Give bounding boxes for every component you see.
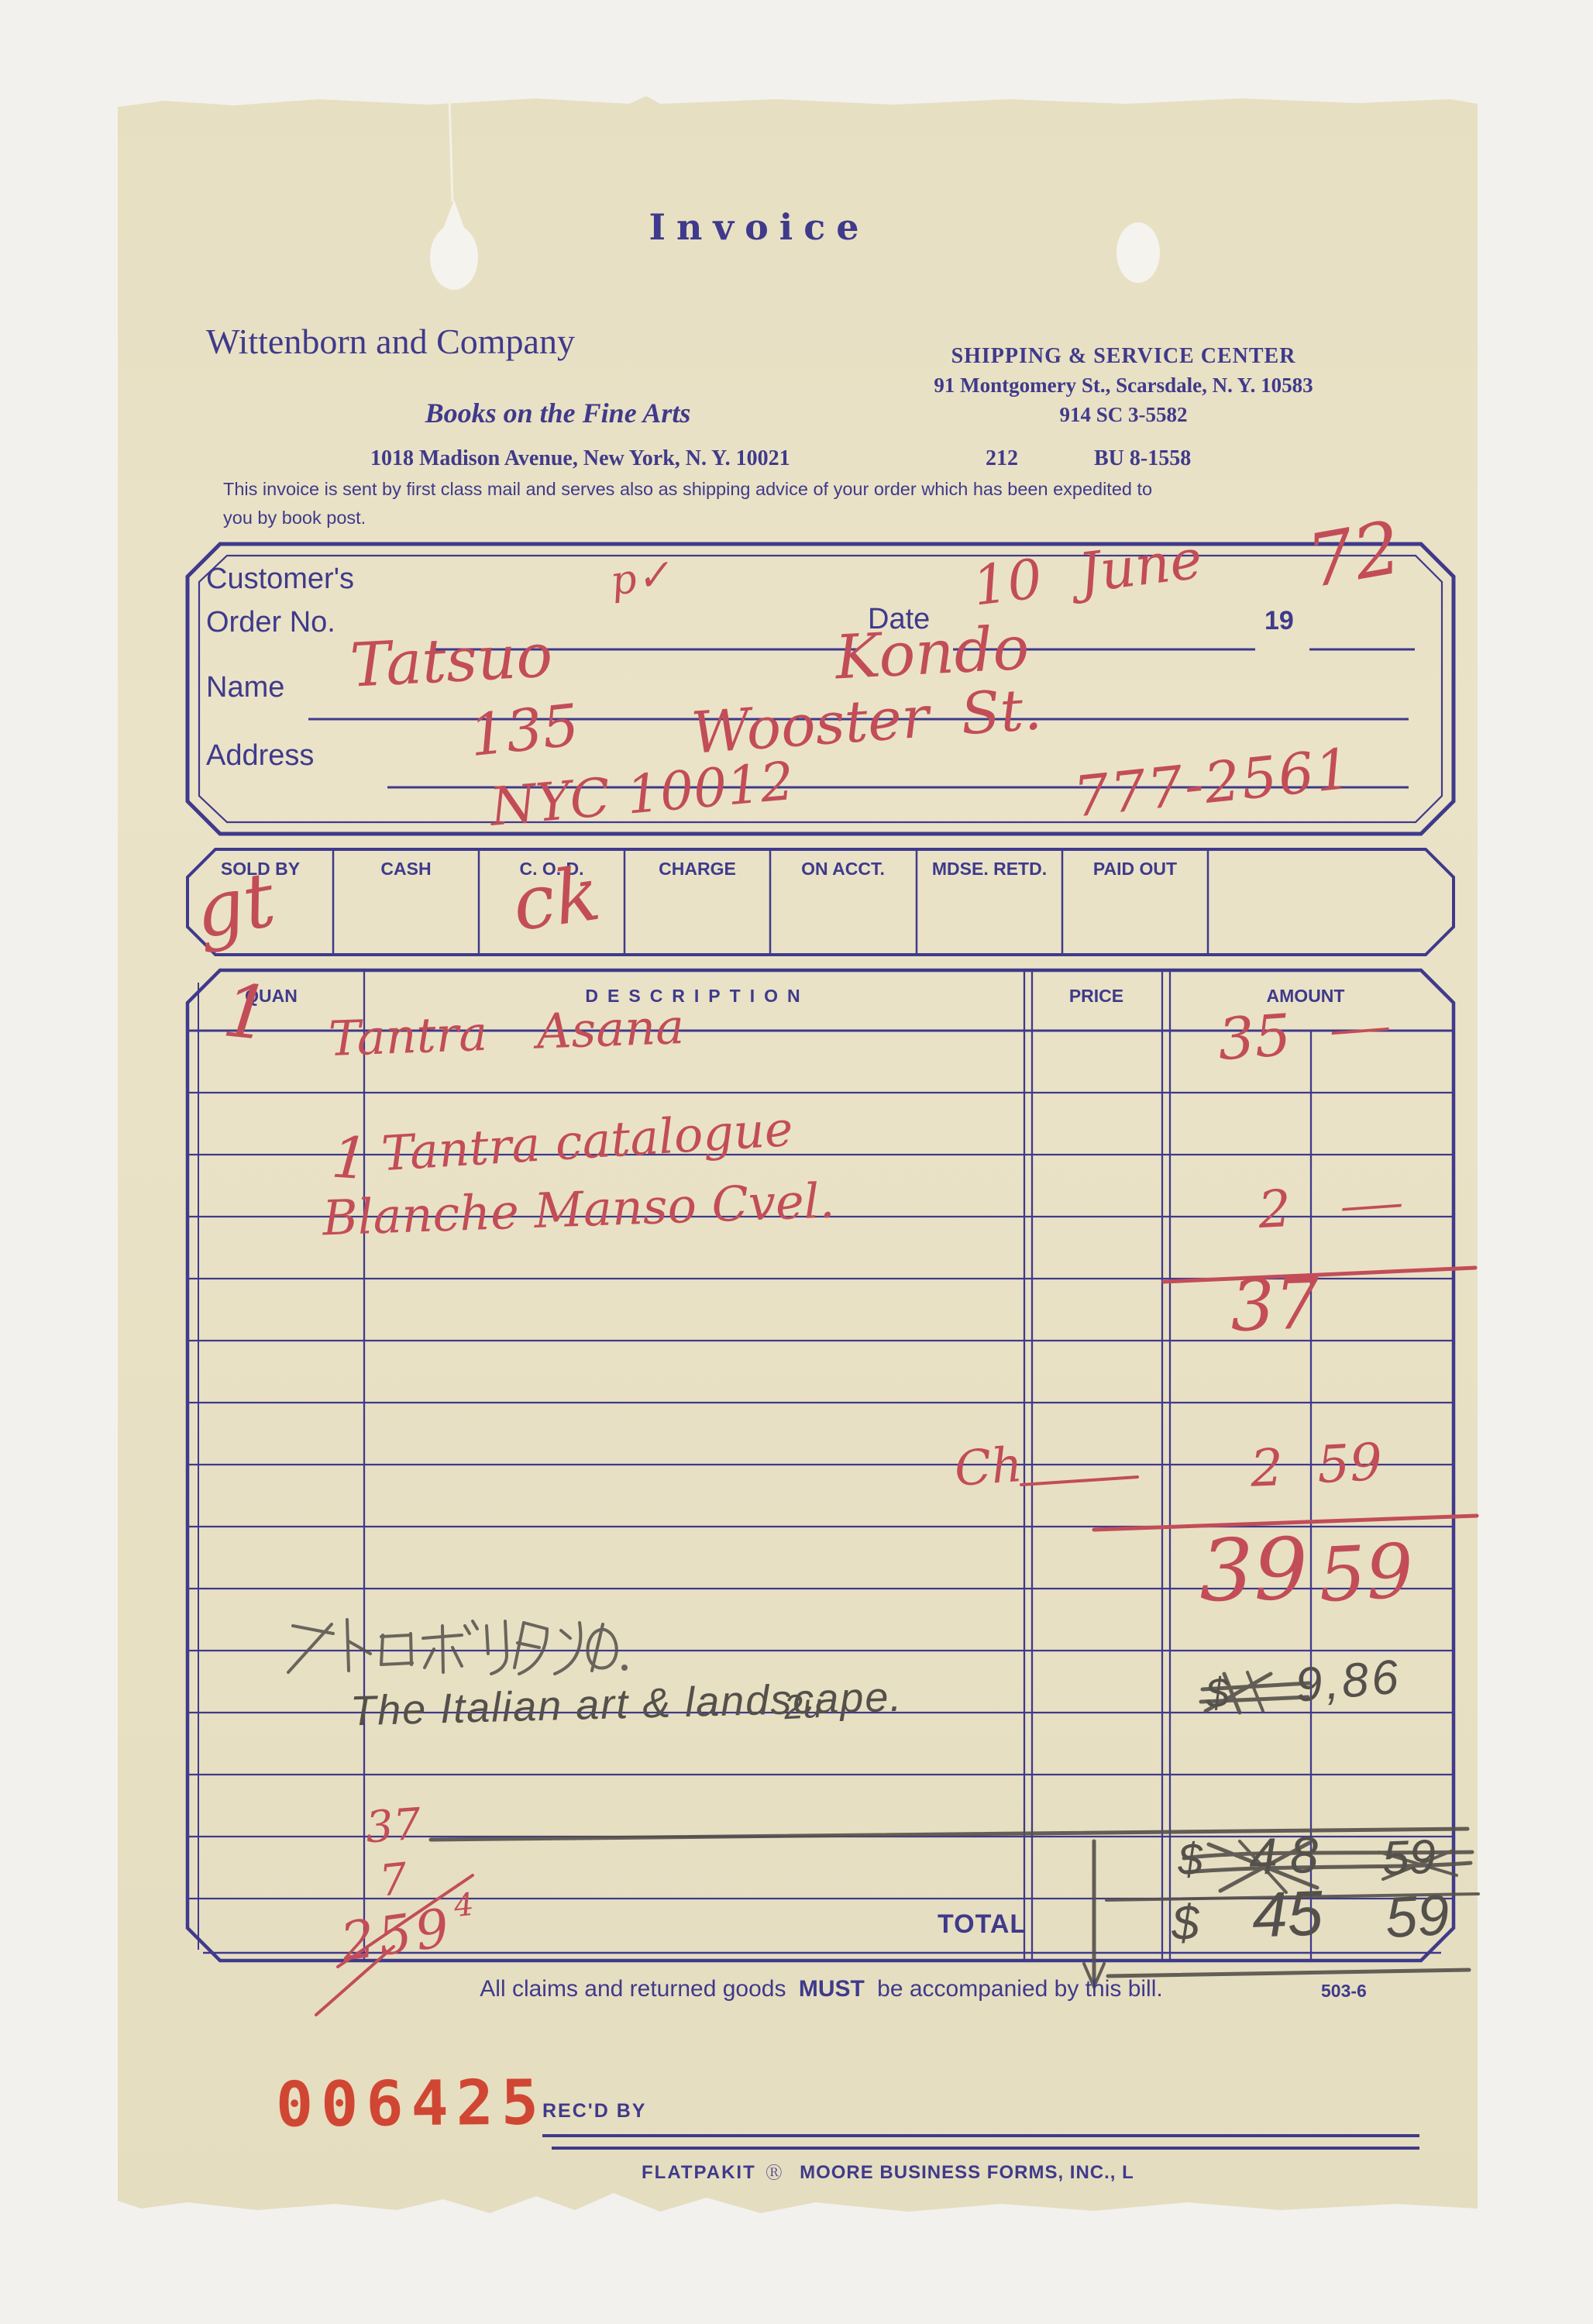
name-label: Name	[206, 671, 284, 704]
order-no-value: p✓	[607, 551, 673, 605]
claims-line: All claims and returned goods MUST be ac…	[325, 1976, 1317, 2002]
claims-text-post: be accompanied by this bill.	[877, 1976, 1163, 2002]
charge-amount: 2	[1250, 1437, 1285, 1498]
item2-cents-dash: —	[1335, 1177, 1408, 1231]
manufacturer-brand: FLATPAKIT	[642, 2162, 756, 2183]
year-value: 72	[1301, 505, 1407, 604]
form-number: 503-6	[1321, 1981, 1367, 2002]
crossed-total-cents: 59	[1381, 1830, 1436, 1886]
charge-mark: Ch	[953, 1436, 1024, 1497]
company-tagline: Books on the Fine Arts	[341, 397, 775, 429]
item2-amount: 2	[1257, 1179, 1292, 1240]
pencil-amount: 9,86	[1293, 1649, 1403, 1713]
pencil-dollar-sign: $	[1204, 1668, 1230, 1718]
manufacturer-line: FLATPAKIT Ⓡ MOORE BUSINESS FORMS, INC., …	[642, 2160, 1134, 2184]
payment-col-paid-out: PAID OUT	[1065, 859, 1205, 880]
charge-cents: 59	[1316, 1432, 1384, 1495]
final-total-sign: $	[1171, 1893, 1200, 1951]
pencil-note-suffix: 2u	[783, 1687, 824, 1727]
payment-col-mdse-retd: MDSE. RETD.	[920, 859, 1059, 880]
payment-col-cash: CASH	[336, 859, 476, 880]
item1-qty: 1	[218, 968, 274, 1058]
header-price: PRICE	[1038, 986, 1154, 1007]
running-total-dollars: 39	[1199, 1520, 1309, 1620]
subtotal-value: 37	[1229, 1263, 1320, 1348]
company-area-code: 212	[986, 446, 1018, 471]
scanned-invoice-page: Invoice Wittenborn and Company SHIPPING …	[0, 0, 1593, 2324]
total-label: TOTAL	[938, 1909, 1027, 1940]
shipping-center-line1: SHIPPING & SERVICE CENTER	[837, 344, 1410, 369]
pencil-note-japanese: メトロポリタンの.	[287, 1624, 643, 1684]
payment-col-charge: CHARGE	[628, 859, 767, 880]
shipping-center-line3: 914 SC 3-5582	[837, 403, 1410, 427]
manufacturer-name: MOORE BUSINESS FORMS, INC., L	[800, 2162, 1134, 2183]
margin-calc-a: 37	[364, 1799, 423, 1854]
customer-first-name: Tatsuo	[349, 621, 554, 701]
final-total-cents: 59	[1384, 1882, 1451, 1950]
address-number: 135	[466, 692, 582, 770]
running-total-cents: 59	[1316, 1527, 1416, 1619]
mailing-note-line2: you by book post.	[223, 508, 366, 528]
crossed-total-sign: $	[1176, 1833, 1204, 1886]
order-no-label: Order No.	[206, 606, 335, 639]
company-phone: BU 8-1558	[1094, 446, 1191, 471]
company-address: 1018 Madison Avenue, New York, N. Y. 100…	[370, 446, 790, 471]
shipping-center-line2: 91 Montgomery St., Scarsdale, N. Y. 1058…	[837, 374, 1410, 398]
registered-mark-icon: Ⓡ	[766, 2164, 782, 2182]
payment-col-on-acct: ON ACCT.	[773, 859, 913, 880]
invoice-title: Invoice	[535, 206, 984, 248]
year-prefix: 19	[1264, 606, 1294, 636]
customers-label: Customer's	[206, 563, 354, 596]
item1-amount: 35	[1216, 1002, 1293, 1073]
claims-text-pre: All claims and returned goods	[480, 1976, 786, 2002]
recd-by-label: REC'D BY	[542, 2100, 646, 2123]
final-total-dollars: 45	[1251, 1877, 1323, 1952]
cash-mark: ck	[507, 850, 605, 948]
address-label: Address	[206, 739, 314, 773]
margin-calc-b: 7	[377, 1854, 410, 1906]
serial-number-stamp: 006425	[276, 2066, 547, 2140]
claims-text-bold: MUST	[799, 1976, 865, 2002]
item2-qty: 1	[329, 1124, 370, 1193]
company-name: Wittenborn and Company	[206, 321, 575, 362]
item1-cents-dash: —	[1325, 999, 1395, 1056]
sold-by-mark: gt	[188, 856, 281, 956]
margin-calc-superscript: 4	[452, 1887, 476, 1924]
mailing-note-line1: This invoice is sent by first class mail…	[223, 479, 1152, 500]
